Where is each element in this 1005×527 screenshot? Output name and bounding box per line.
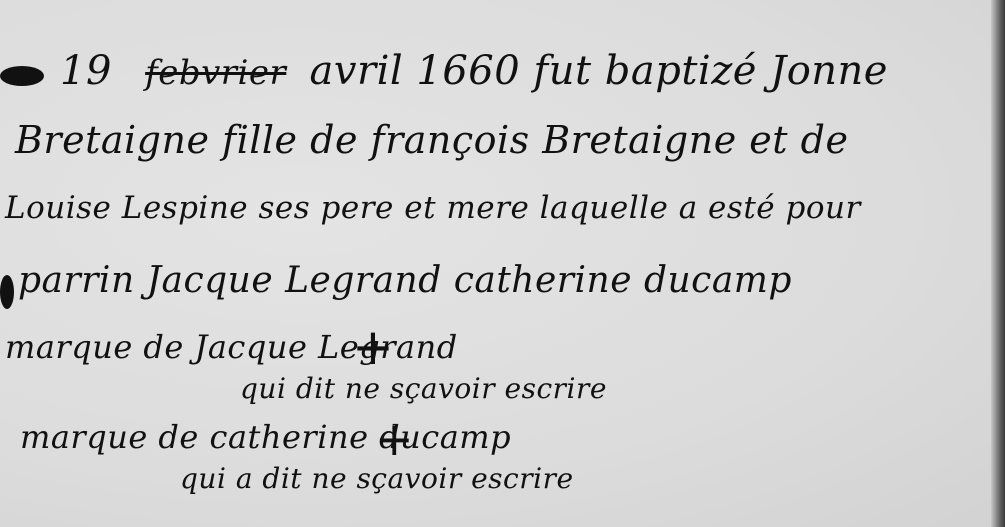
line-text: parrin Jacque Legrand catherine ducamp: [18, 260, 792, 301]
entry-line-1: 19 febvrier avril 1660 fut baptizé Jonne: [60, 48, 888, 94]
ink-blot: [0, 275, 14, 309]
day-number: 19: [60, 48, 112, 94]
struck-month: febvrier: [145, 53, 286, 93]
ink-blot: [0, 66, 44, 86]
line-text: qui dit ne sçavoir escrire: [240, 372, 607, 405]
line-text: Louise Lespine ses pere et mere laquelle…: [5, 190, 861, 226]
entry-line-6: qui dit ne sçavoir escrire: [240, 372, 607, 405]
register-page: 19 febvrier avril 1660 fut baptizé Jonne…: [0, 0, 1005, 527]
line-text: avril 1660 fut baptizé Jonne: [310, 48, 888, 94]
entry-line-8: qui a dit ne sçavoir escrire: [180, 462, 574, 495]
entry-line-4: parrin Jacque Legrand catherine ducamp: [18, 260, 792, 301]
page-edge: [991, 0, 1005, 527]
line-text: marque de catherine ducamp: [20, 418, 511, 456]
entry-line-2: Bretaigne fille de françois Bretaigne et…: [15, 118, 848, 162]
signature-mark-jacque: +: [352, 318, 394, 376]
line-text: qui a dit ne sçavoir escrire: [180, 462, 574, 495]
entry-line-7: marque de catherine ducamp: [20, 418, 511, 456]
signature-mark-catherine: +: [375, 412, 414, 466]
entry-line-3: Louise Lespine ses pere et mere laquelle…: [5, 190, 861, 226]
line-text: Bretaigne fille de françois Bretaigne et…: [15, 118, 848, 162]
